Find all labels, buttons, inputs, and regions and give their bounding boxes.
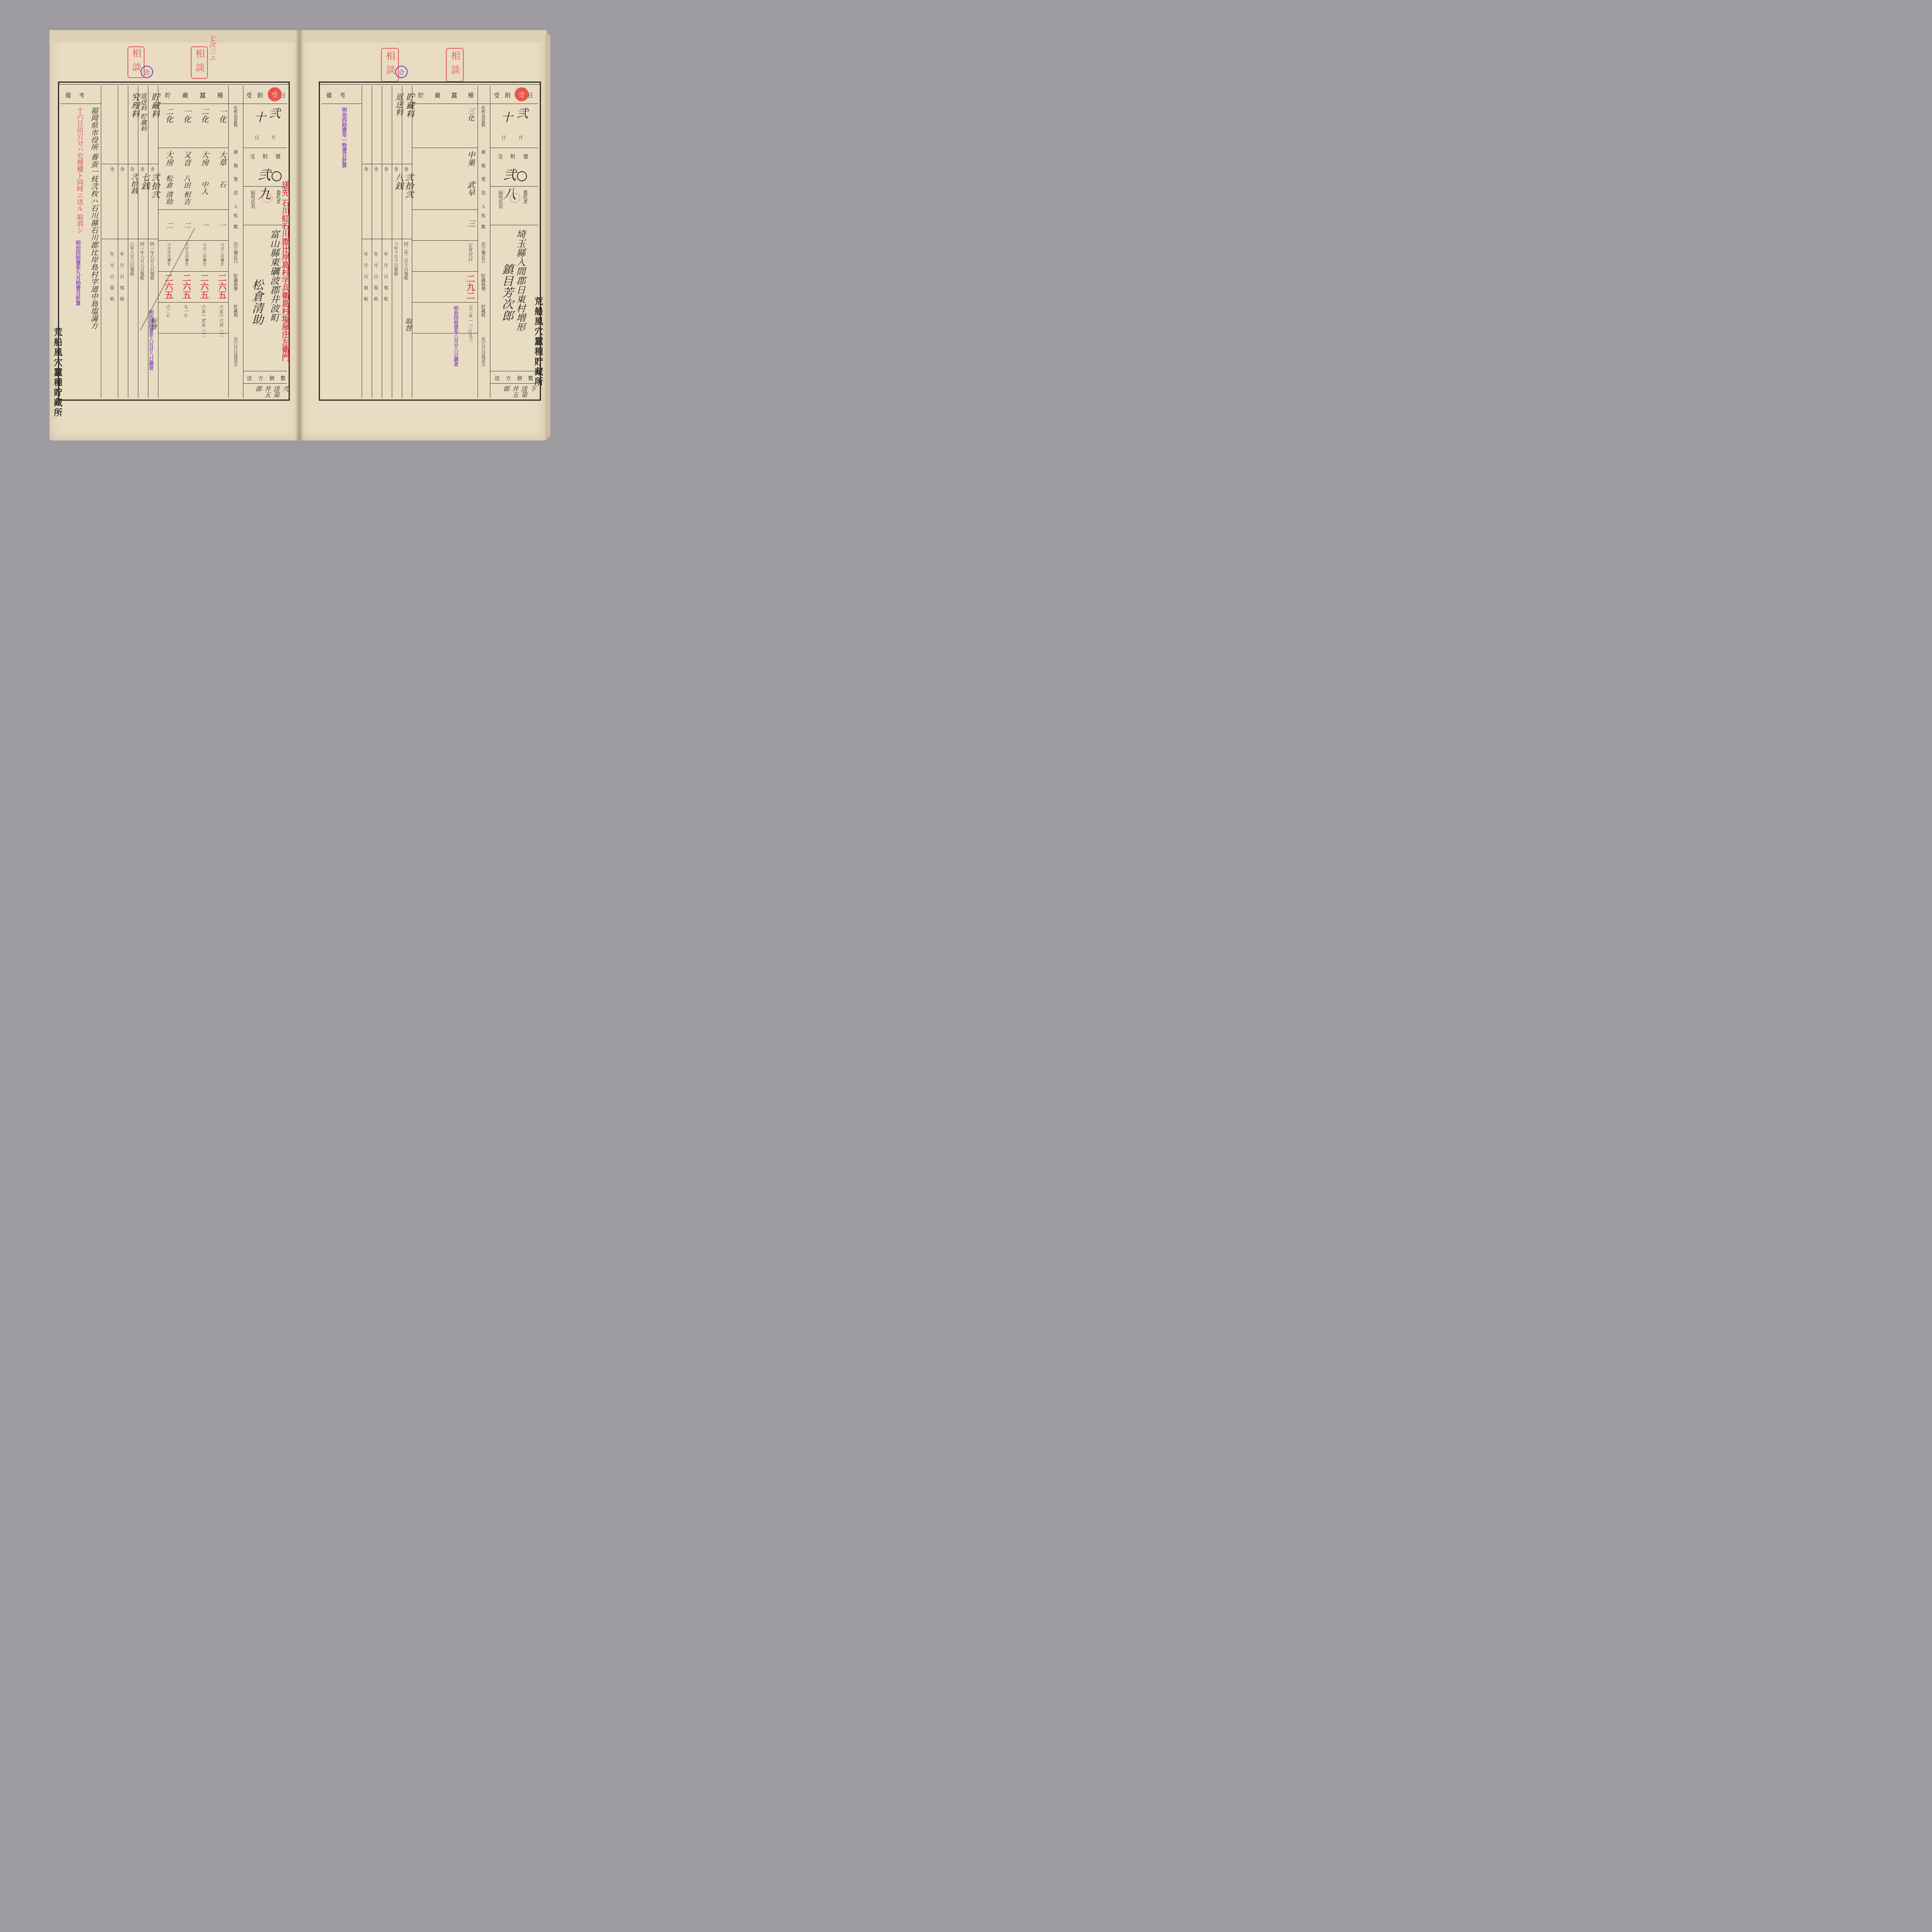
row1-fee: 七三五 一 二○九三 (467, 304, 473, 342)
open-ledger-book: 相談 合 相談 七次三ニ (49, 30, 550, 440)
money-label: 金 (374, 166, 378, 172)
left-spine-title: 荒船風穴蠶種貯藏所 (52, 328, 64, 418)
page-edge-stack (545, 34, 550, 438)
row3-sheets: 二 (181, 222, 191, 229)
left-grid: 備考 貯藏蠶種 受附月日 受 化性春夏秋 種類 製造人 枚數 出穴豫定日 貯藏箱… (61, 86, 287, 398)
rule (158, 302, 228, 303)
row3-manufacturer: 八田 相吉 (181, 175, 191, 205)
divider (228, 86, 229, 398)
divider (478, 86, 478, 398)
kind-label: 種類 (233, 150, 238, 177)
fee4-date-template: 年月日領收 (119, 252, 124, 308)
divider (118, 86, 118, 398)
month-label: 月 (519, 134, 523, 141)
reception-corner-seal: 受 (515, 87, 529, 101)
planned-date-label: 出穴豫定日 (481, 242, 485, 263)
sheets-label: 枚數 (481, 213, 485, 236)
purple-stamp-calculation: 明治四拾壹年一拾壹日計算 (340, 107, 347, 168)
rule (158, 240, 228, 241)
rule (101, 239, 158, 239)
left-top-red-annotation: 七次三ニ (208, 35, 214, 61)
storage-fee-label: 貯藏料 (481, 304, 485, 317)
shipping-count-value: 下 送第 井五郎 (502, 386, 537, 398)
reception-month: 弐 (265, 107, 282, 119)
rule (158, 271, 228, 272)
row2-planned: 六月三日発生 (201, 243, 206, 266)
rule (243, 148, 287, 148)
purple-stamp-calculation: 明治四拾壹年九月拾壹日計算 (74, 240, 81, 306)
right-stamp-sodan-2: 相談 (446, 48, 464, 82)
row1-planned: 六月三日発生 (218, 243, 224, 266)
purple-stamp-survey: 明治四拾壹年八月廿八日調査 (453, 306, 459, 366)
row2-fee: 六五ハ 宮丸 ハ二 (200, 304, 206, 337)
consignor-label: 委托者 (276, 190, 281, 204)
rule (490, 371, 538, 371)
page-top-strip (299, 30, 547, 43)
right-spine-title: 荒船風穴蠶種貯藏所 (532, 297, 544, 387)
fee2-label: 返送料 (393, 93, 405, 116)
rule (412, 271, 478, 272)
remarks-black-text: 福岡県市役所 養蚕一枝弐枚ハ石川縣石川郡比岸島村字道中島塩滿方 (89, 107, 98, 385)
money-label: 金 (384, 166, 388, 172)
reception-corner-seal: 受 (268, 87, 282, 101)
fee1-date: 四二年二月十日領收 (403, 242, 408, 280)
consignor-label: 委托者 (522, 190, 527, 204)
divider (382, 86, 382, 398)
money-label: 金 (364, 166, 368, 172)
day-label: 日 (502, 134, 506, 141)
rule (243, 383, 287, 384)
divider (372, 86, 372, 398)
kind-label: 種類 (481, 150, 485, 177)
fee4-date-template: 年月日領收 (373, 252, 378, 308)
row2-season: 二化 (199, 107, 210, 123)
left-margin-red-note: 送先 石川紅石川郡比岸島村字兵衛島村塩屋庄左衛門 (281, 181, 289, 361)
rule (412, 302, 478, 303)
row2-box: 二六五 (198, 274, 210, 299)
row4-planned: 六月九日発生 (165, 243, 171, 266)
money-label: 金 (120, 166, 124, 172)
row1-kind: 中巣 (465, 151, 476, 166)
book-gutter (295, 30, 304, 440)
fee3-label: 究理料 (129, 93, 141, 118)
storage-fee-label: 貯藏料 (233, 304, 238, 317)
left-form-frame: 備考 貯藏蠶種 受附月日 受 化性春夏秋 種類 製造人 枚數 出穴豫定日 貯藏箱… (58, 82, 290, 401)
storage-type-header: 貯藏蠶種 (418, 91, 485, 99)
divider (243, 86, 243, 398)
rule (158, 104, 287, 104)
fee3-date-template: 年月日領收 (383, 252, 388, 308)
rule (321, 104, 362, 104)
consignor-name: 鎮目芳次郎 (498, 264, 515, 321)
row1-manufacturer: 石 (217, 181, 227, 188)
row4-fee: 六二七 (164, 304, 170, 317)
address-name-label: 宿所氏名 (250, 190, 255, 209)
reception-number-label: 受附號 (498, 152, 536, 160)
rule (158, 148, 228, 148)
rule (362, 239, 412, 239)
divider (412, 86, 412, 398)
row2-sheets: 一 (199, 222, 209, 229)
consignor-seal (262, 193, 272, 202)
fee1-note: 取替 (403, 318, 413, 332)
divider (101, 86, 101, 398)
rule (412, 209, 478, 210)
fee5-date-template: 年月日領收 (363, 252, 368, 308)
month-label: 月 (271, 134, 276, 141)
row1-season: 一化 (217, 107, 228, 123)
rule (490, 225, 538, 225)
divider (402, 86, 402, 398)
rule (490, 383, 538, 384)
money-label: 金 (140, 166, 145, 172)
rule (101, 164, 158, 164)
box-number-label: 貯藏箱號 (233, 274, 238, 291)
page-top-strip (49, 30, 299, 43)
fee3-amount: 弐拾銭 (129, 173, 139, 194)
seasons-label: 化性春夏秋 (233, 106, 238, 127)
row2-kind: 大房 (199, 151, 210, 166)
right-stamp-sodan-1: 相談 (381, 48, 399, 82)
return-date-label: 出穴月日返送方 (233, 337, 238, 367)
row1-box: 二六五 (216, 274, 228, 299)
left-stamp-go-circle: 合 (141, 66, 153, 78)
address-name-label: 宿所氏名 (498, 190, 503, 209)
day-label: 日 (255, 134, 259, 141)
fee2-amount: 八銭 (393, 173, 405, 190)
row4-sheets: 二 (163, 222, 173, 229)
shipping-count-value: 弐 送第 井五郎 (254, 386, 289, 398)
right-form-frame: 備考 貯藏蠶種 受附月日 受 化性春夏秋 種類 製造人 枚數 出穴豫定日 貯藏箱… (319, 82, 541, 401)
consignor-seal (510, 193, 520, 202)
consignor-address: 富山縣東礪波郡井波町 (269, 230, 279, 322)
row4-kind: 大房 (163, 151, 175, 166)
divider (128, 86, 128, 398)
left-stamp-sodan-2: 相談 (191, 46, 208, 79)
divider (158, 86, 158, 398)
row3-season: 一化 (181, 107, 192, 123)
right-grid: 備考 貯藏蠶種 受附月日 受 化性春夏秋 種類 製造人 枚數 出穴豫定日 貯藏箱… (321, 86, 538, 398)
box-number-label: 貯藏箱號 (481, 274, 485, 291)
row1-manufacturer: 武早 (465, 181, 476, 196)
divider (392, 86, 392, 398)
row1-sheets: 三 (465, 219, 476, 227)
money-label: 金 (394, 166, 398, 172)
shipping-count-label: 送方個數 (247, 374, 292, 381)
reception-day: 十 (497, 111, 514, 123)
fee3-date: 八年八月八日領收 (129, 242, 134, 276)
row1-sheets: 一 (217, 222, 227, 229)
row1-season: 三化 (465, 107, 475, 121)
fee1-label: 貯藏料 (403, 93, 415, 118)
row3-planned: 六月九日発生 (183, 243, 189, 266)
remarks-red-text: 十六日出穴分ハ究理種ト同時ニ送ル 取消シ (75, 107, 84, 233)
rule (412, 148, 478, 148)
remarks-header: 備考 (65, 91, 92, 99)
storage-type-header: 貯藏蠶種 (165, 91, 235, 99)
money-label: 金 (150, 166, 155, 172)
reception-number-label: 受附號 (250, 152, 288, 160)
row1-box: 二九二 (464, 274, 476, 300)
money-label: 金 (404, 166, 408, 172)
rule (243, 371, 287, 371)
divider (362, 86, 362, 398)
reception-number: 弐○八 (503, 165, 538, 202)
row1-planned: 七月廿日 (467, 243, 473, 261)
row1-kind: 大草 (217, 151, 228, 166)
right-stamp-go-circle: 合 (395, 66, 408, 78)
fee2-date: フ年フ月フ日領收 (393, 242, 398, 276)
consignor-name: 松倉清助 (248, 279, 265, 325)
fee2-amount: 七銭 (139, 173, 151, 190)
rule (412, 240, 478, 241)
row3-kind: 又音 (181, 151, 192, 166)
row3-fee: 九一七 (182, 304, 188, 317)
row4-manufacturer: 松倉 清助 (163, 175, 173, 205)
row1-fee: 六五六 六卅 ハ三 (218, 304, 224, 337)
money-label: 金 (130, 166, 134, 172)
row3-box: 二六五 (180, 274, 192, 299)
manufacturer-label: 製造人 (233, 177, 238, 218)
rule (362, 164, 412, 164)
fee1-date: 四一年六月八日領收 (150, 242, 154, 280)
consignor-address: 埼玉縣入間郡日東村増形 (515, 230, 525, 332)
fee1-note: 振替 (149, 318, 158, 330)
seasons-label: 化性春夏秋 (481, 106, 485, 127)
rule (412, 104, 538, 104)
manufacturer-label: 製造人 (481, 177, 485, 218)
divider (138, 86, 138, 398)
money-label: 金 (110, 166, 114, 172)
rule (158, 209, 228, 210)
sheets-label: 枚數 (233, 213, 238, 236)
return-date-label: 出穴月日返送方 (481, 337, 485, 367)
row2-manufacturer: 中人 (199, 181, 209, 195)
row4-season: 二化 (163, 107, 175, 123)
rule (61, 104, 101, 104)
fee1-label: 貯藏料 (149, 93, 161, 118)
reception-day: 十 (250, 111, 267, 123)
fee2-date: 四一年八月八日領收 (139, 242, 144, 280)
rule (490, 148, 538, 148)
remarks-header: 備考 (326, 91, 353, 99)
planned-date-label: 出穴豫定日 (233, 242, 238, 263)
fee5-date-template: 年月日領收 (109, 252, 114, 308)
divider (490, 86, 490, 398)
reception-month: 弐 (512, 107, 529, 119)
